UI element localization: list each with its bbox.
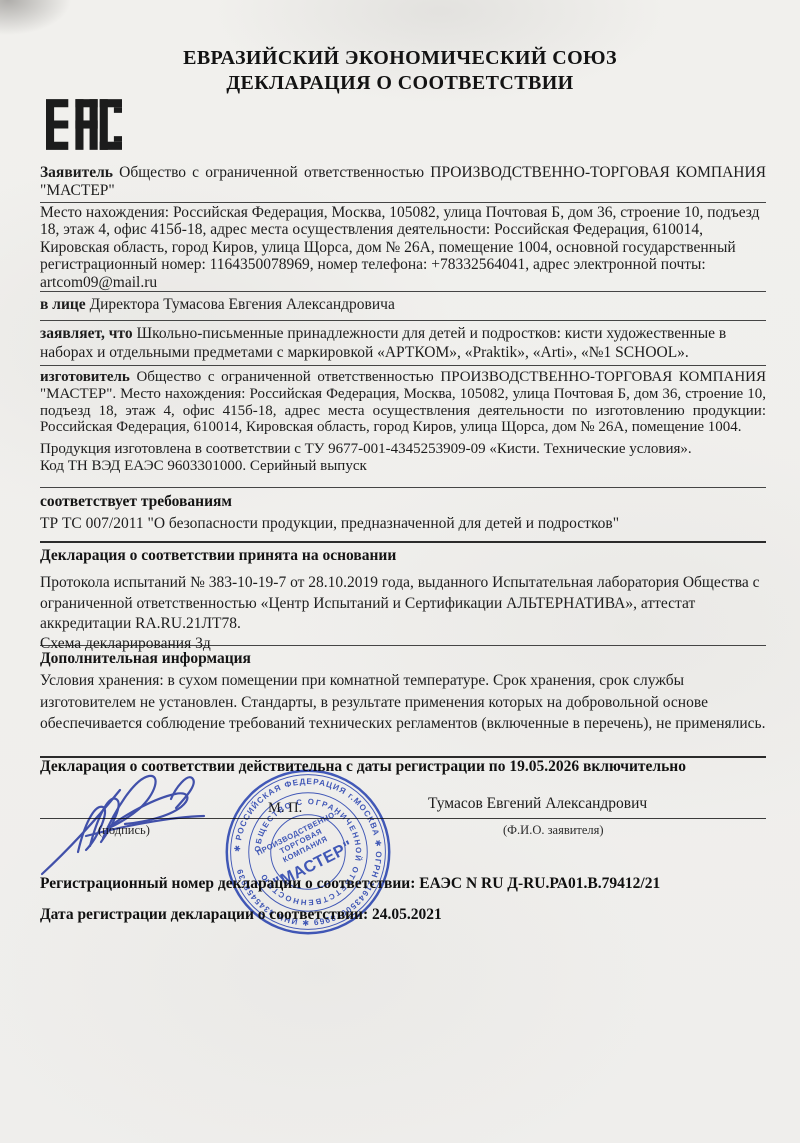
additional-heading: Дополнительная информация bbox=[40, 650, 766, 668]
signer-name: Тумасов Евгений Александрович bbox=[428, 795, 647, 813]
person-line: в лице Директора Тумасова Евгения Алекса… bbox=[40, 296, 766, 314]
basis-heading: Декларация о соответствии принята на осн… bbox=[40, 547, 766, 565]
section-additional: Дополнительная информация Условия хранен… bbox=[40, 646, 766, 758]
section-complies: соответствует требованиям ТР ТС 007/2011… bbox=[40, 488, 766, 543]
declares-label: заявляет, что bbox=[40, 325, 133, 342]
location-text: Место нахождения: Российская Федерация, … bbox=[40, 204, 766, 291]
applicant-label: Заявитель bbox=[40, 164, 113, 181]
manufacturer-label: изготовитель bbox=[40, 369, 130, 385]
scanned-declaration-page: ЕВРАЗИЙСКИЙ ЭКОНОМИЧЕСКИЙ СОЮЗ ДЕКЛАРАЦИ… bbox=[0, 0, 800, 1143]
registration-number-line: Регистрационный номер декларации о соотв… bbox=[40, 875, 766, 893]
document-body: Заявитель Общество с ограниченной ответс… bbox=[40, 162, 766, 776]
applicant-value: Общество с ограниченной ответственностью… bbox=[40, 164, 766, 199]
section-declares: заявляет, что Школьно-письменные принадл… bbox=[40, 321, 766, 366]
additional-text: Условия хранения: в сухом помещении при … bbox=[40, 670, 766, 735]
person-label: в лице bbox=[40, 296, 86, 313]
eac-conformity-mark-icon bbox=[46, 99, 122, 150]
manufacturer-line: изготовитель Общество с ограниченной отв… bbox=[40, 369, 766, 436]
section-location: Место нахождения: Российская Федерация, … bbox=[40, 203, 766, 292]
complies-regulation: ТР ТС 007/2011 "О безопасности продукции… bbox=[40, 515, 766, 533]
section-manufacturer: изготовитель Общество с ограниченной отв… bbox=[40, 366, 766, 488]
declares-line: заявляет, что Школьно-письменные принадл… bbox=[40, 325, 766, 362]
handwritten-signature-icon bbox=[28, 762, 243, 880]
signer-caption: (Ф.И.О. заявителя) bbox=[503, 823, 604, 838]
document-header: ЕВРАЗИЙСКИЙ ЭКОНОМИЧЕСКИЙ СОЮЗ ДЕКЛАРАЦИ… bbox=[0, 46, 800, 96]
manufacturer-value: Общество с ограниченной ответственностью… bbox=[40, 369, 766, 435]
registration-date-line: Дата регистрации декларации о соответств… bbox=[40, 906, 766, 924]
header-declaration-title: ДЕКЛАРАЦИЯ О СООТВЕТСТВИИ bbox=[0, 71, 800, 96]
section-person: в лице Директора Тумасова Евгения Алекса… bbox=[40, 292, 766, 321]
applicant-line: Заявитель Общество с ограниченной ответс… bbox=[40, 164, 766, 200]
declares-value: Школьно-письменные принадлежности для де… bbox=[40, 325, 726, 361]
complies-heading: соответствует требованиям bbox=[40, 493, 766, 511]
basis-protocol-text: Протокола испытаний № 383-10-19-7 от 28.… bbox=[40, 573, 766, 635]
header-union-title: ЕВРАЗИЙСКИЙ ЭКОНОМИЧЕСКИЙ СОЮЗ bbox=[0, 46, 800, 71]
signature-block: (подпись) М. П. Тумасов Евгений Александ… bbox=[0, 778, 800, 876]
section-applicant: Заявитель Общество с ограниченной ответс… bbox=[40, 162, 766, 203]
tnved-code-line: Код ТН ВЭД ЕАЭС 9603301000. Серийный вып… bbox=[40, 458, 766, 475]
section-basis: Декларация о соответствии принята на осн… bbox=[40, 543, 766, 646]
person-value: Директора Тумасова Евгения Александрович… bbox=[90, 296, 395, 313]
production-standard-line: Продукция изготовлена в соответствии с Т… bbox=[40, 441, 766, 458]
